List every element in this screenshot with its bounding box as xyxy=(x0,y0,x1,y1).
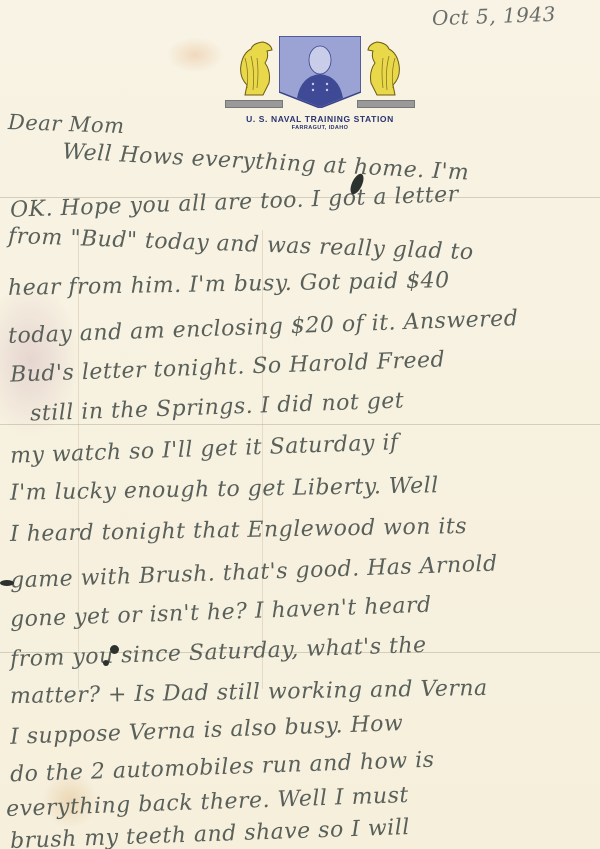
ink-blot xyxy=(103,660,109,666)
letter-date: Oct 5, 1943 xyxy=(432,2,557,30)
eagle-icon xyxy=(365,38,407,100)
officer-portrait xyxy=(279,36,361,108)
station-name: U. S. NAVAL TRAINING STATION xyxy=(225,114,415,124)
letterhead: U. S. NAVAL TRAINING STATION FARRAGUT, I… xyxy=(225,8,415,131)
emblem-base xyxy=(225,100,283,108)
ink-blot xyxy=(110,645,119,654)
naval-emblem xyxy=(225,8,415,108)
salutation: Dear Mom xyxy=(8,110,125,138)
ink-blot xyxy=(0,580,14,586)
emblem-base xyxy=(357,100,415,108)
station-location: FARRAGUT, IDAHO xyxy=(225,125,415,131)
eagle-icon xyxy=(233,38,275,100)
